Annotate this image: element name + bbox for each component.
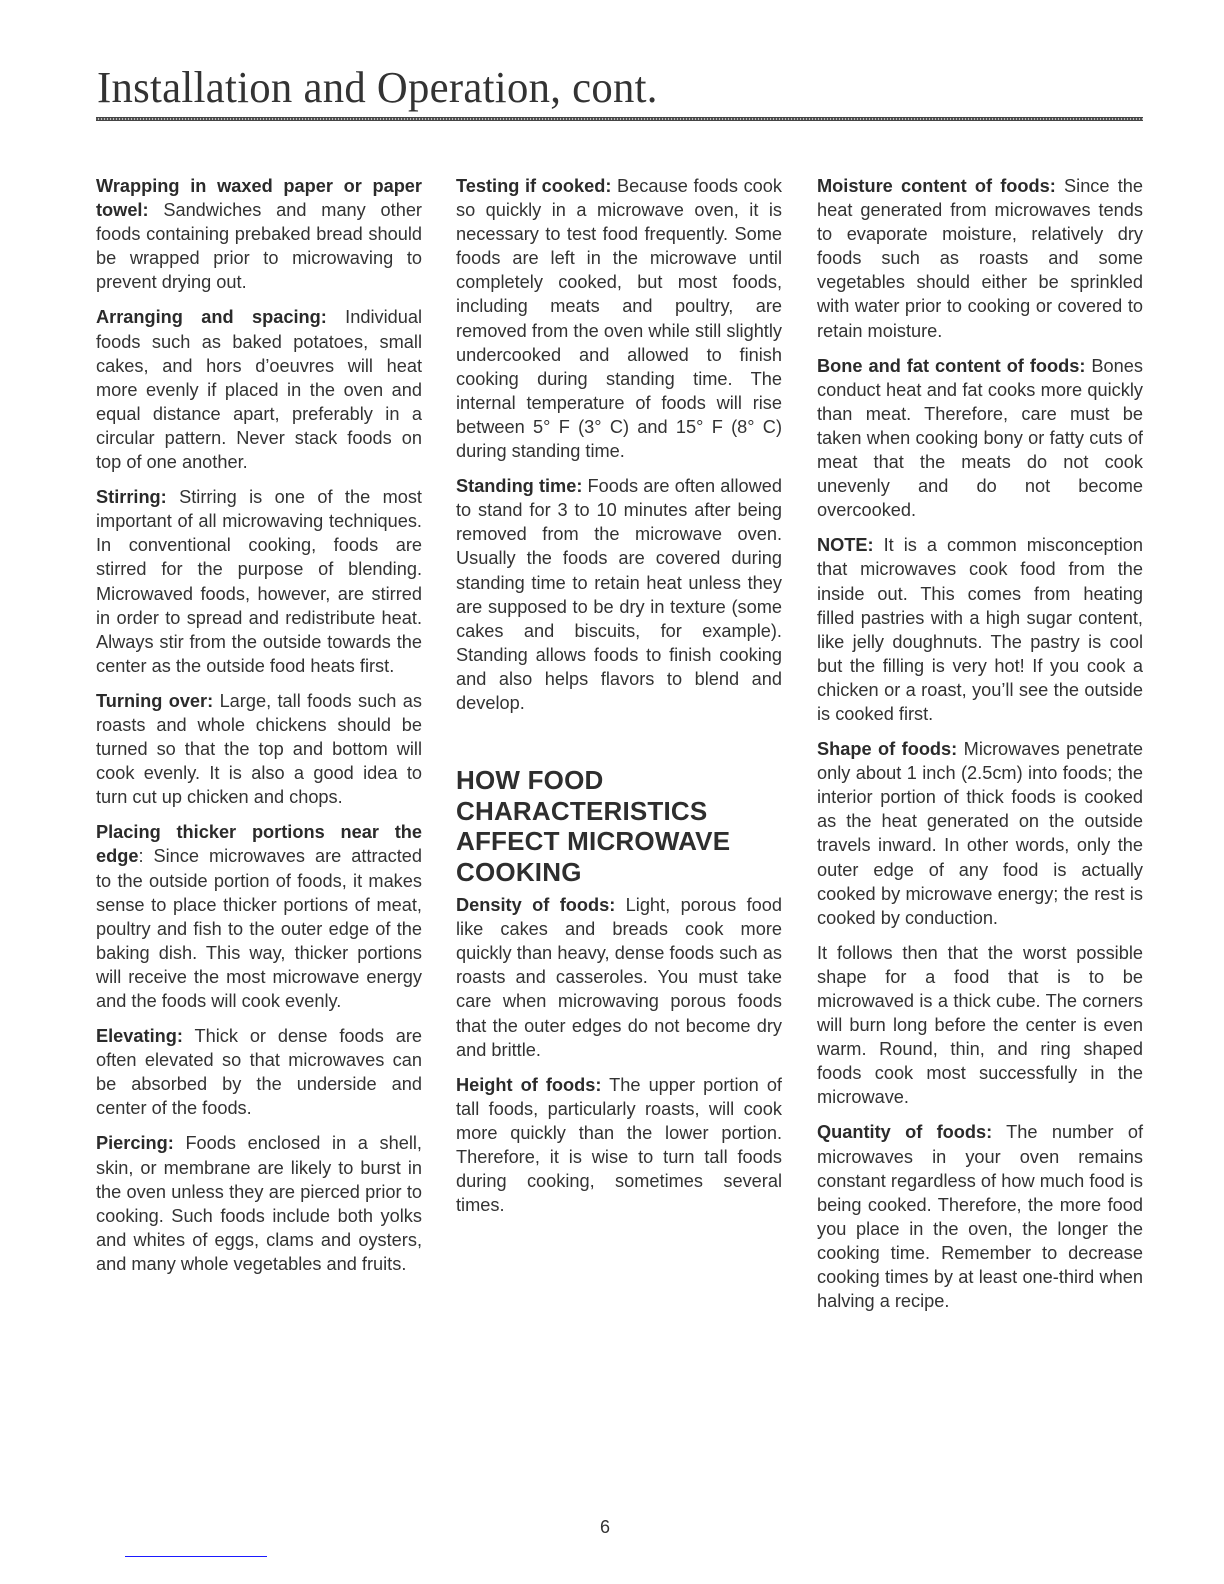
paragraph-body: : Since microwaves are attract­ed to the…: [96, 846, 422, 1011]
column-left: Wrapping in waxed paper or paper towel: …: [96, 174, 422, 1287]
paragraph-lead: Density of foods:: [456, 895, 615, 915]
paragraph-shape: Shape of foods: Microwaves pene­trate on…: [817, 737, 1143, 930]
paragraph-lead: Height of foods:: [456, 1075, 601, 1095]
page-title: Installation and Operation, cont.: [97, 66, 658, 110]
paragraph-lead: NOTE:: [817, 535, 874, 555]
paragraph-lead: Turning over:: [96, 691, 213, 711]
paragraph-body: The upper portion of tall foods, particu…: [456, 1075, 782, 1215]
paragraph-lead: Moisture content of foods:: [817, 176, 1056, 196]
page-number: 6: [600, 1517, 610, 1538]
paragraph-body: Microwaves pene­trate only about 1 inch …: [817, 739, 1143, 928]
paragraph-arranging: Arranging and spacing: Individual foods …: [96, 305, 422, 474]
paragraph-stirring: Stirring: Stirring is one of the most im…: [96, 485, 422, 678]
title-divider: [96, 117, 1143, 121]
paragraph-body: It follows then that the worst possible …: [817, 943, 1143, 1108]
paragraph-standing-time: Standing time: Foods are often allowed t…: [456, 474, 782, 715]
paragraph-density: Density of foods: Light, porous food lik…: [456, 893, 782, 1062]
paragraph-turning-over: Turning over: Large, tall foods such as …: [96, 689, 422, 809]
paragraph-body: The number of microwaves in your oven re…: [817, 1122, 1143, 1311]
paragraph-body: Bones conduct heat and fat cooks more qu…: [817, 356, 1143, 521]
paragraph-lead: Elevating:: [96, 1026, 183, 1046]
paragraph-lead: Quantity of foods:: [817, 1122, 992, 1142]
paragraph-lead: Stirring:: [96, 487, 167, 507]
paragraph-thicker-portions: Placing thicker portions near the edge: …: [96, 820, 422, 1013]
paragraph-quantity: Quantity of foods: The number of microwa…: [817, 1120, 1143, 1313]
paragraph-body: Light, porous food like cakes and breads…: [456, 895, 782, 1060]
paragraph-body: Since the heat generated from microwaves…: [817, 176, 1143, 341]
paragraph-body: Because foods cook so quickly in a micro…: [456, 176, 782, 461]
paragraph-body: Stirring is one of the most important of…: [96, 487, 422, 676]
paragraph-body: Foods are often allowed to stand for 3 t…: [456, 476, 782, 713]
paragraph-testing-if-cooked: Testing if cooked: Because foods cook so…: [456, 174, 782, 463]
paragraph-moisture: Moisture content of foods: Since the hea…: [817, 174, 1143, 343]
paragraph-wrapping: Wrapping in waxed paper or paper towel: …: [96, 174, 422, 294]
paragraph-shape-continued: It follows then that the worst possible …: [817, 941, 1143, 1110]
paragraph-elevating: Elevating: Thick or dense foods are ofte…: [96, 1024, 422, 1120]
paragraph-body: Foods enclosed in a shell, skin, or memb…: [96, 1133, 422, 1273]
paragraph-lead: Arranging and spacing:: [96, 307, 327, 327]
paragraph-body: Individual foods such as baked potatoes,…: [96, 307, 422, 472]
paragraph-lead: Shape of foods:: [817, 739, 957, 759]
paragraph-piercing: Piercing: Foods enclosed in a shell, ski…: [96, 1131, 422, 1276]
paragraph-lead: Testing if cooked:: [456, 176, 611, 196]
paragraph-lead: Bone and fat content of foods:: [817, 356, 1085, 376]
paragraph-height: Height of foods: The upper portion of ta…: [456, 1073, 782, 1218]
footer-link-underline[interactable]: [125, 1556, 267, 1557]
column-middle: Testing if cooked: Because foods cook so…: [456, 174, 782, 1228]
paragraph-lead: Standing time:: [456, 476, 582, 496]
column-right: Moisture content of foods: Since the hea…: [817, 174, 1143, 1324]
section-heading: HOW FOOD CHARACTERISTICS AFFECT MICROWAV…: [456, 765, 782, 887]
paragraph-body: It is a common misconception that microw…: [817, 535, 1143, 724]
paragraph-bone-fat: Bone and fat content of foods: Bones con…: [817, 354, 1143, 523]
paragraph-note: NOTE: It is a common misconception that …: [817, 533, 1143, 726]
paragraph-lead: Piercing:: [96, 1133, 174, 1153]
